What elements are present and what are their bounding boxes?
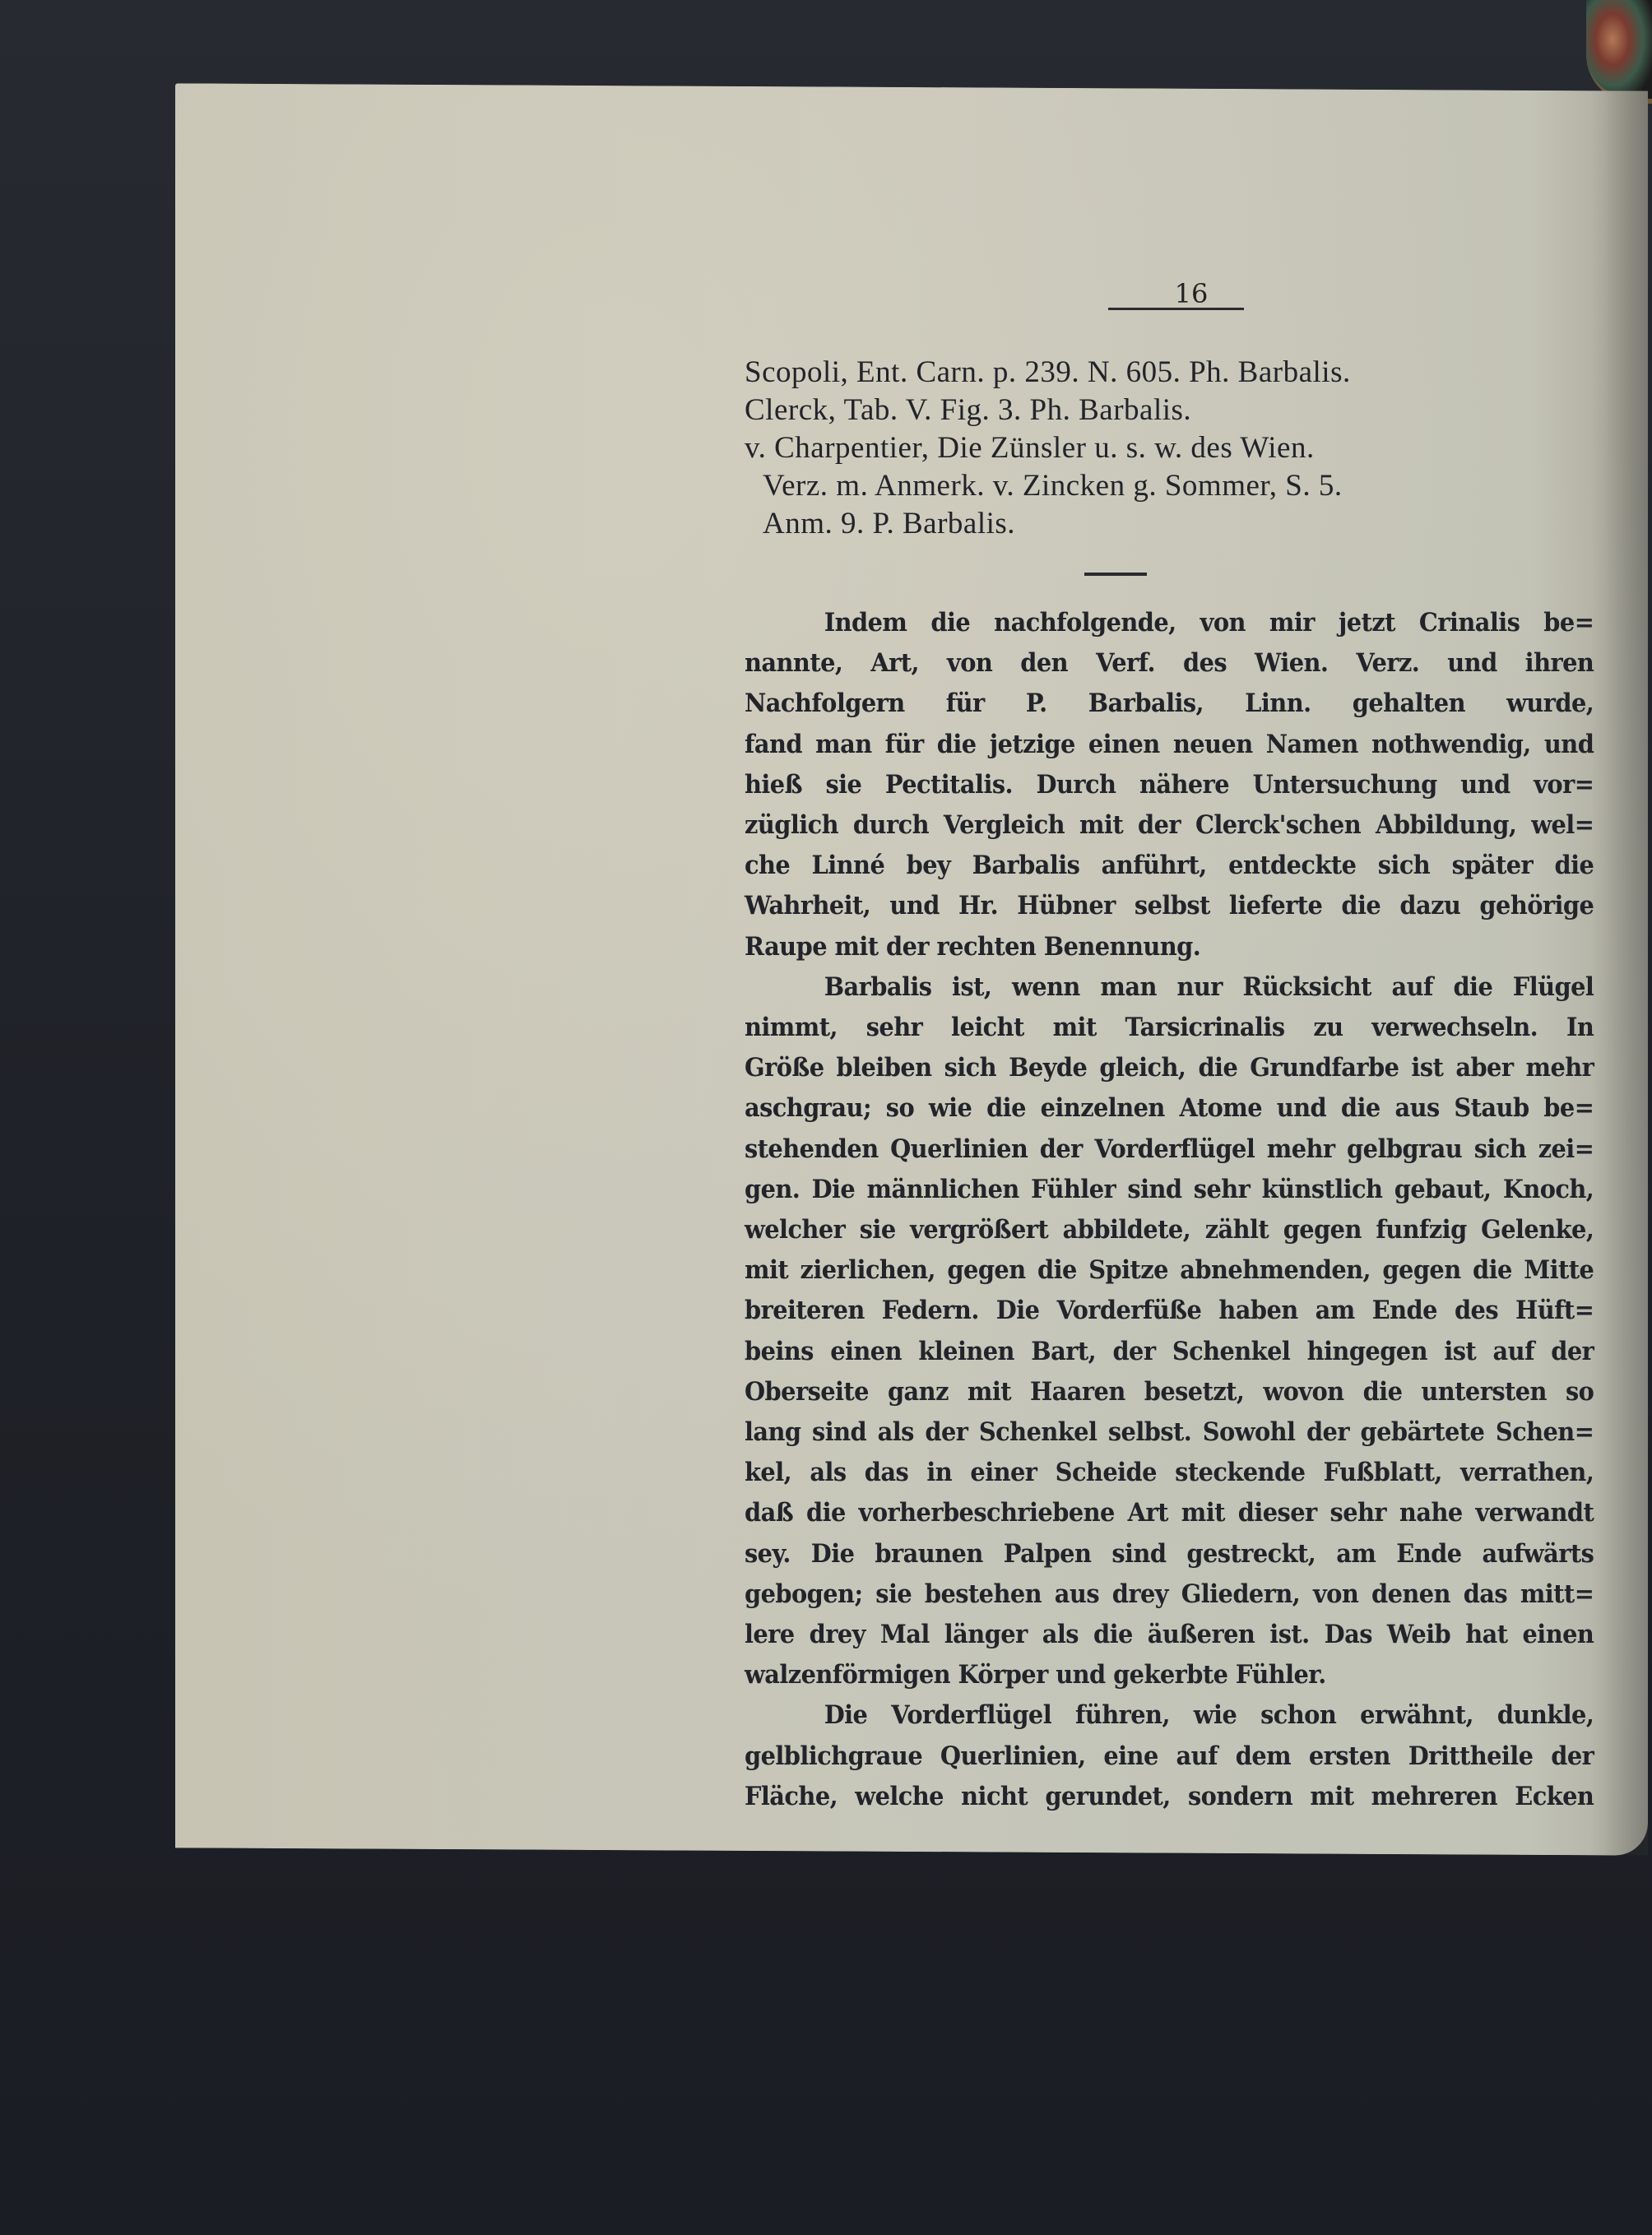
citation-line: Scopoli, Ent. Carn. p. 239. N. 605. Ph. … (745, 354, 1596, 392)
text-line: beins einen kleinen Bart, der Schenkel h… (745, 1332, 1594, 1372)
citation-line: v. Charpentier, Die Zünsler u. s. w. des… (745, 429, 1596, 467)
body-text: Indem die nachfolgende, von mir jetzt Cr… (745, 603, 1596, 1817)
text-line: walzenförmigen Körper und gekerbte Fühle… (745, 1655, 1594, 1695)
text-line: lang sind als der Schenkel selbst. Sowoh… (745, 1412, 1594, 1453)
text-line: Größe bleiben sich Beyde gleich, die Gru… (745, 1048, 1594, 1088)
text-line: fand man für die jetzige einen neuen Nam… (745, 725, 1594, 765)
text-line: Oberseite ganz mit Haaren besetzt, wovon… (745, 1372, 1594, 1412)
text-line: mit zierlichen, gegen die Spitze abnehme… (745, 1250, 1594, 1291)
text-line: nimmt, sehr leicht mit Tarsicrinalis zu … (745, 1008, 1594, 1048)
header-rule (1108, 308, 1244, 310)
text-line: züglich durch Vergleich mit der Clerck's… (745, 805, 1594, 846)
text-line: nannte, Art, von den Verf. des Wien. Ver… (745, 643, 1594, 684)
citation-line: Verz. m. Anmerk. v. Zincken g. Sommer, S… (745, 467, 1596, 505)
text-line: Indem die nachfolgende, von mir jetzt Cr… (745, 603, 1594, 643)
text-line: Wahrheit, und Hr. Hübner selbst lieferte… (745, 886, 1594, 926)
text-line: Nachfolgern für P. Barbalis, Linn. gehal… (745, 684, 1594, 724)
citation-line: Anm. 9. P. Barbalis. (745, 505, 1596, 543)
text-line: Raupe mit der rechten Benennung. (745, 927, 1594, 967)
text-line: kel, als das in einer Scheide steckende … (745, 1453, 1594, 1493)
text-line: Die Vorderflügel führen, wie schon erwäh… (745, 1695, 1594, 1736)
text-line: gen. Die männlichen Fühler sind sehr kün… (745, 1170, 1594, 1210)
text-line: gelblichgraue Querlinien, eine auf dem e… (745, 1737, 1594, 1777)
citation-line: Clerck, Tab. V. Fig. 3. Ph. Barbalis. (745, 392, 1596, 429)
text-line: Fläche, welche nicht gerundet, sondern m… (745, 1777, 1594, 1817)
text-line: breiteren Federn. Die Vorderfüße haben a… (745, 1291, 1594, 1331)
text-line: welcher sie vergrößert abbildete, zählt … (745, 1210, 1594, 1250)
text-line: daß die vorherbeschriebene Art mit diese… (745, 1493, 1594, 1533)
text-line: gebogen; sie bestehen aus drey Gliedern,… (745, 1574, 1594, 1615)
text-line: che Linné bey Barbalis anführt, entdeckt… (745, 846, 1594, 886)
text-line: sey. Die braunen Palpen sind gestreckt, … (745, 1534, 1594, 1574)
page-number: 16 (1158, 278, 1224, 309)
text-line: lere drey Mal länger als die äußeren ist… (745, 1615, 1594, 1655)
text-line: aschgrau; so wie die einzelnen Atome und… (745, 1088, 1594, 1129)
text-line: Barbalis ist, wenn man nur Rücksicht auf… (745, 967, 1594, 1008)
section-divider (1084, 573, 1147, 576)
text-line: hieß sie Pectitalis. Durch nähere Unters… (745, 765, 1594, 805)
citation-list: Scopoli, Ent. Carn. p. 239. N. 605. Ph. … (745, 354, 1596, 543)
text-line: stehenden Querlinien der Vorderflügel me… (745, 1129, 1594, 1170)
